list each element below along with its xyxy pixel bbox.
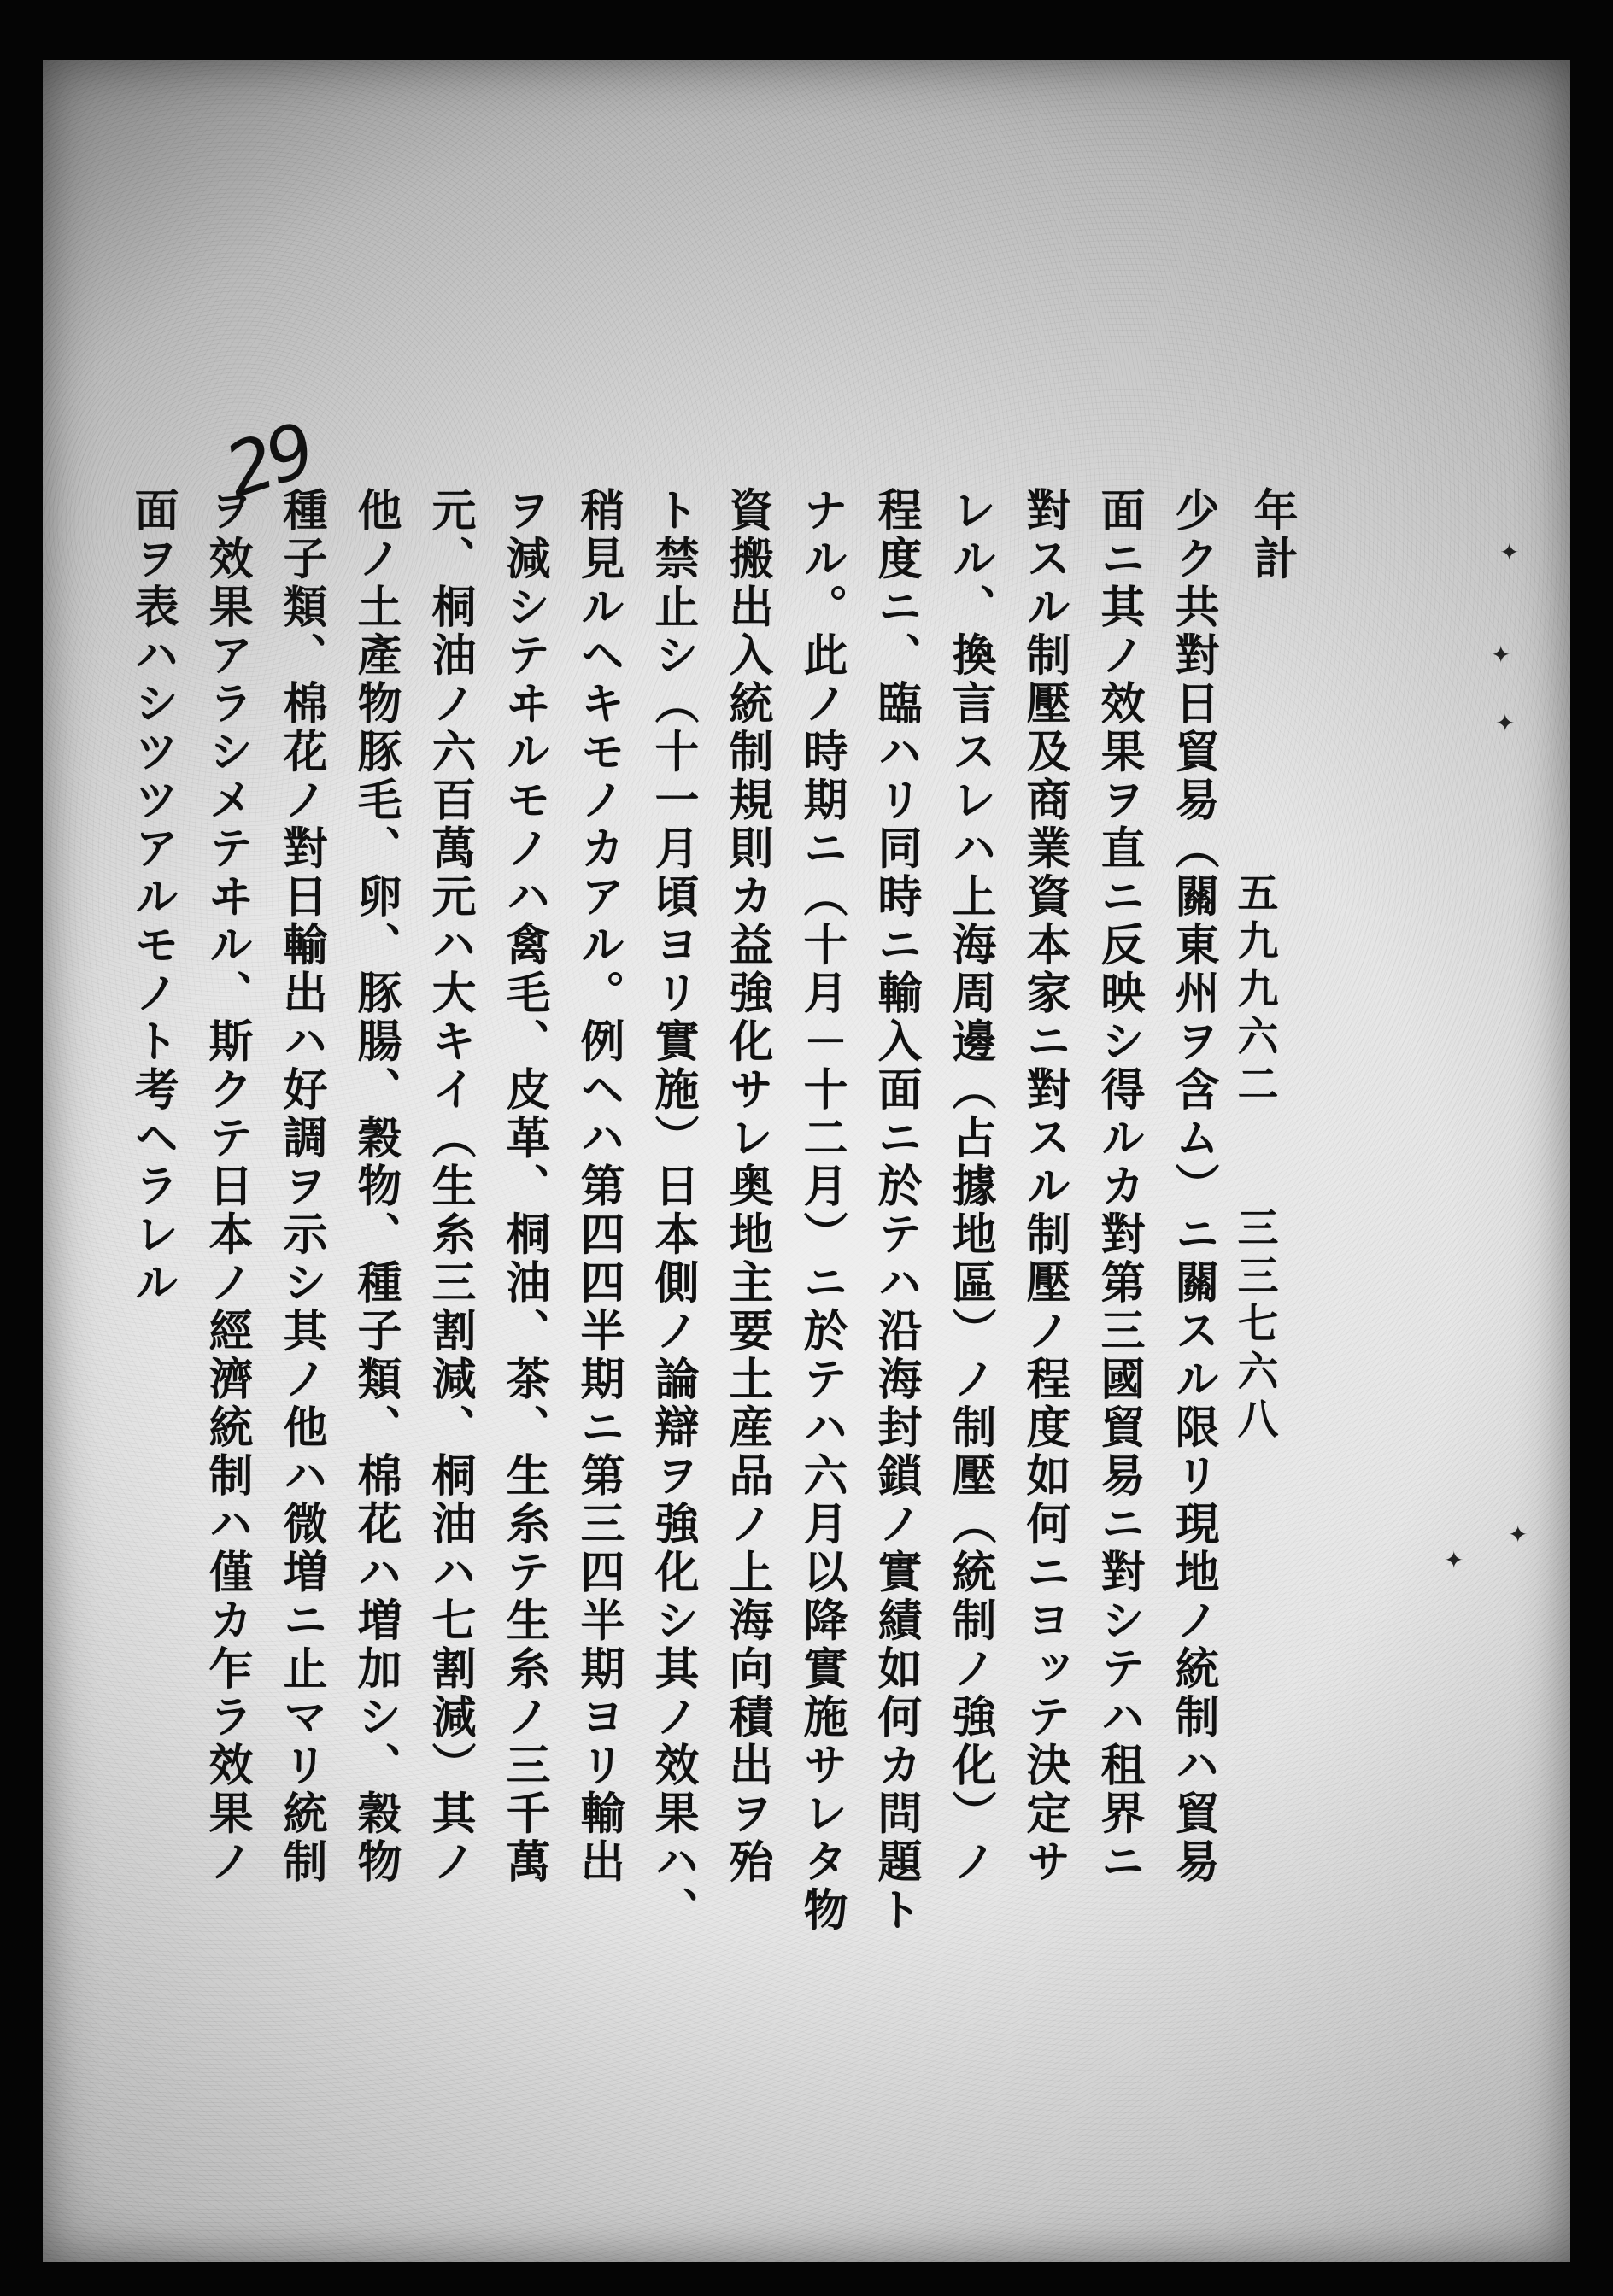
text-column-13: 他ノ土產物豚毛、卵、豚腸、穀物、種子類、棉花ハ増加シ、穀物 [353, 487, 397, 1887]
text-column-7: ナル。此ノ時期ニ（十月－十二月）ニ於テハ六月以降實施サレタ物 [799, 487, 843, 1935]
text-column-1-figures: 五九九六二 三三七六八 [1234, 871, 1275, 1445]
text-column-11: ヲ減シテヰルモノハ禽毛、皮革、桐油、茶、生糸テ生糸ノ三千萬 [501, 487, 546, 1887]
text-column-2: 少ク共對日貿易（關東州ヲ含ム）ニ關スル限リ現地ノ統制ハ貿易 [1170, 487, 1215, 1887]
text-column-15: ヲ效果アラシメテヰル、斯クテ日本ノ經濟統制ハ僅カ乍ラ效果ノ [204, 487, 249, 1887]
document-page: 29 年計 五九九六二 三三七六八 少ク共對日貿易（關東州ヲ含ム）ニ關スル限リ現… [43, 60, 1570, 2262]
margin-mark: ✦ [1444, 1546, 1463, 1574]
margin-mark: ✦ [1491, 641, 1510, 669]
text-column-16: 面ヲ表ハシツツアルモノト考ヘラレル [130, 487, 174, 1308]
text-column-3: 面ニ其ノ效果ヲ直ニ反映シ得ルカ對第三國貿易ニ對シテハ租界ニ [1096, 487, 1141, 1887]
text-column-5: レル、換言スレハ上海周邊（占據地區）ノ制壓（統制ノ強化）ノ [947, 487, 992, 1887]
text-column-8: 資搬出入統制規則カ益強化サレ奥地主要土産品ノ上海向積出ヲ殆 [724, 487, 769, 1887]
margin-mark: ✦ [1499, 538, 1519, 566]
text-column-1: 年計 [1249, 487, 1293, 583]
text-column-6: 程度ニ、臨ハリ同時ニ輸入面ニ於テハ沿海封鎖ノ實績如何カ問題ト [873, 487, 918, 1935]
margin-mark: ✦ [1508, 1520, 1528, 1549]
text-column-14: 種子類、棉花ノ對日輸出ハ好調ヲ示シ其ノ他ハ微増ニ止マリ統制 [279, 487, 323, 1887]
text-column-12: 元、桐油ノ六百萬元ハ大キイ（生糸三割減、桐油ハ七割減）其ノ [427, 487, 472, 1887]
text-column-9: ト禁止シ（十一月頃ヨリ實施）日本側ノ論辯ヲ強化シ其ノ效果ハ、 [650, 487, 695, 1935]
text-column-4: 對スル制壓及商業資本家ニ對スル制壓ノ程度如何ニヨッテ決定サ [1022, 487, 1066, 1887]
margin-mark: ✦ [1495, 709, 1515, 737]
text-column-10: 稍見ルヘキモノカアル。例ヘハ第四四半期ニ第三四半期ヨリ輸出 [576, 487, 620, 1887]
